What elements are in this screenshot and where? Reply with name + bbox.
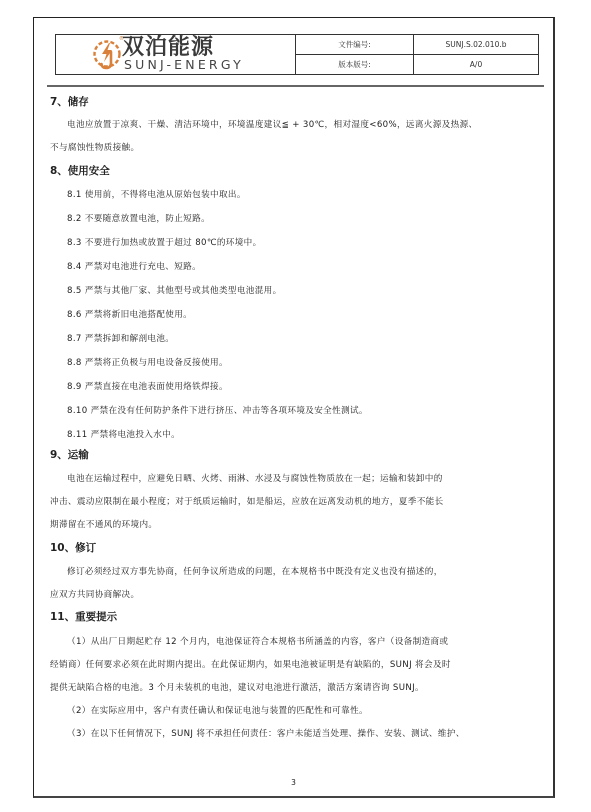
doc-number-label: 文件编号: bbox=[296, 35, 414, 54]
header-divider bbox=[47, 85, 544, 87]
version-label: 版本版号: bbox=[296, 55, 414, 74]
lightning-circle-logo-icon bbox=[92, 38, 122, 71]
header-table: ® 双泊能源 SUNJ-ENERGY 文件编号: SUNJ.S.02.010.b… bbox=[55, 34, 539, 75]
doc-number-value: SUNJ.S.02.010.b bbox=[414, 35, 538, 54]
transport-line-1: 电池在运输过程中，应避免日晒、火烤、雨淋、水浸及与腐蚀性物质放在一起；运输和装卸… bbox=[67, 472, 443, 484]
brand-name-en: SUNJ-ENERGY bbox=[124, 58, 244, 72]
storage-line-1: 电池应放置于凉爽、干燥、清洁环境中，环境温度建议≦ + 30℃，相对湿度<60%… bbox=[67, 118, 477, 130]
version-value: A/0 bbox=[414, 55, 538, 74]
safety-item: 8.9 严禁直接在电池表面使用烙铁焊接。 bbox=[67, 380, 228, 392]
safety-item: 8.2 不要随意放置电池，防止短路。 bbox=[67, 212, 210, 224]
storage-line-2: 不与腐蚀性物质接触。 bbox=[50, 141, 139, 153]
version-row: 版本版号: A/0 bbox=[296, 54, 538, 74]
safety-item: 8.11 严禁将电池投入水中。 bbox=[67, 428, 180, 440]
safety-item: 8.6 严禁将新旧电池搭配使用。 bbox=[67, 308, 192, 320]
doc-number-row: 文件编号: SUNJ.S.02.010.b bbox=[296, 35, 538, 54]
safety-item: 8.8 严禁将正负极与用电设备反接使用。 bbox=[67, 356, 228, 368]
section-title-safety: 8、使用安全 bbox=[50, 163, 110, 178]
notice-line-2: 经销商）任何要求必须在此时期内提出。在此保证期内，如果电池被证明是有缺陷的，SU… bbox=[50, 658, 451, 670]
safety-item: 8.1 使用前，不得将电池从原始包装中取出。 bbox=[67, 188, 246, 200]
document-page: ® 双泊能源 SUNJ-ENERGY 文件编号: SUNJ.S.02.010.b… bbox=[33, 17, 555, 798]
transport-line-2: 冲击、震动应限制在最小程度；对于纸质运输时，如是船运，应放在远离发动机的地方，夏… bbox=[50, 495, 444, 507]
notice-line-5: （3）在以下任何情况下，SUNJ 将不承担任何责任：客户未能适当处理、操作、安装… bbox=[67, 727, 465, 739]
transport-line-3: 期滞留在不通风的环境内。 bbox=[50, 518, 157, 530]
notice-line-3: 提供无缺陷合格的电池。3 个月未装机的电池，建议对电池进行激活，激活方案请咨询 … bbox=[50, 681, 424, 693]
notice-line-4: （2）在实际应用中，客户有责任确认和保证电池与装置的匹配性和可靠性。 bbox=[67, 704, 368, 716]
safety-item: 8.5 严禁与其他厂家、其他型号或其他类型电池混用。 bbox=[67, 284, 282, 296]
safety-item: 8.3 不要进行加热或放置于超过 80℃的环境中。 bbox=[67, 236, 262, 248]
doc-meta: 文件编号: SUNJ.S.02.010.b 版本版号: A/0 bbox=[296, 35, 538, 74]
page-number: 3 bbox=[34, 778, 553, 787]
notice-line-1: （1）从出厂日期起贮存 12 个月内，电池保证符合本规格书所涵盖的内容，客户（设… bbox=[67, 635, 448, 647]
logo-cell: ® 双泊能源 SUNJ-ENERGY bbox=[56, 35, 296, 74]
safety-item: 8.10 严禁在没有任何防护条件下进行挤压、冲击等各项环境及安全性测试。 bbox=[67, 404, 368, 416]
safety-item: 8.4 严禁对电池进行充电、短路。 bbox=[67, 260, 201, 272]
revision-line-1: 修订必须经过双方事先协商，任何争议所造成的问题，在本规格书中既没有定义也没有描述… bbox=[67, 565, 443, 577]
section-title-revision: 10、修订 bbox=[50, 540, 96, 555]
revision-line-2: 应双方共同协商解决。 bbox=[50, 588, 139, 600]
section-title-notice: 11、重要提示 bbox=[50, 609, 117, 624]
safety-item: 8.7 严禁拆卸和解剖电池。 bbox=[67, 332, 174, 344]
section-title-storage: 7、储存 bbox=[50, 94, 89, 109]
section-title-transport: 9、运输 bbox=[50, 447, 89, 462]
